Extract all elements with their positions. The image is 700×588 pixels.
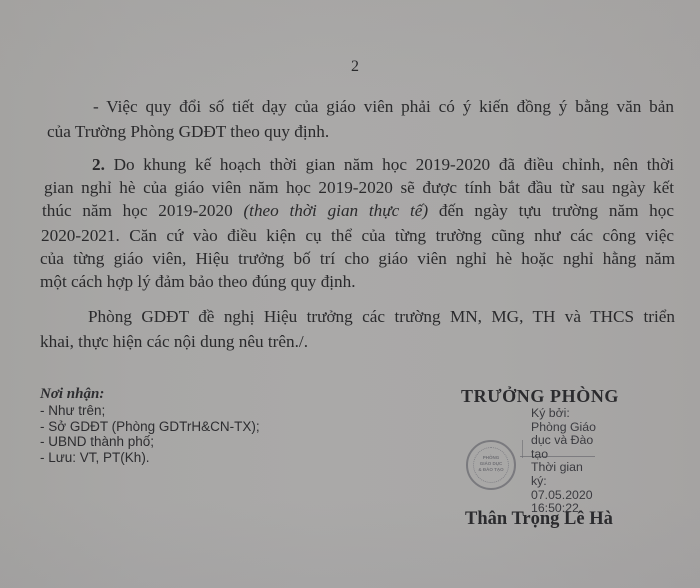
recipients-block: Nơi nhận: - Như trên; - Sở GDĐT (Phòng G… [40,385,260,465]
body-line: của từng giáo viên, Hiệu trưởng bố trí c… [40,249,675,269]
recipients-title: Nơi nhận: [40,385,260,403]
body-line: của Trường Phòng GDĐT theo quy định. [47,122,329,142]
body-line: thúc năm học 2019-2020 (theo thời gian t… [42,201,674,221]
digital-signature-line: dục và Đào [531,434,596,448]
digital-signature-info: Ký bởi: Phòng Giáo dục và Đào tạo Thời g… [531,407,596,516]
body-line: Phòng GDĐT đề nghị Hiệu trưởng các trườn… [88,307,675,327]
digital-signature-line: Thời gian [531,461,596,475]
recipient-item: - Sở GDĐT (Phòng GDTrH&CN-TX); [40,419,260,435]
digital-signature-line: tạo [531,448,596,462]
body-text: đến ngày tựu trường năm học [439,201,674,220]
recipient-item: - Như trên; [40,403,260,419]
body-text: thúc năm học 2019-2020 [42,201,233,220]
italic-note: (theo thời gian thực tế) [243,201,428,220]
digital-signature-line: Phòng Giáo [531,421,596,435]
section-2-first-line: 2. Do khung kế hoạch thời gian năm học 2… [92,155,674,175]
digital-signature-line: ký: [531,475,596,489]
official-stamp-icon: PHÒNG GIÁO DỤC & ĐÀO TẠO [466,440,516,490]
body-text: Do khung kế hoạch thời gian năm học 2019… [114,155,674,174]
body-line: 2020-2021. Căn cứ vào điều kiện cụ thể c… [41,226,674,246]
body-line: khai, thực hiện các nội dung nêu trên./. [40,332,308,352]
section-number: 2. [92,155,105,174]
digital-signature-line: Ký bởi: [531,407,596,421]
body-line: một cách hợp lý đảm bảo theo đúng quy đị… [40,272,356,292]
recipient-item: - Lưu: VT, PT(Kh). [40,450,260,466]
digital-signature-line: 07.05.2020 [531,489,596,503]
page-number: 2 [351,58,359,76]
stamp-text-line: & ĐÀO TẠO [468,467,514,473]
body-line: - Việc quy đổi số tiết dạy của giáo viên… [93,97,674,117]
stamp-text: PHÒNG GIÁO DỤC & ĐÀO TẠO [468,455,514,473]
body-line: gian nghỉ hè của giáo viên năm học 2019-… [44,178,674,198]
signer-name: Thân Trọng Lê Hà [465,509,613,530]
signer-title: TRƯỞNG PHÒNG [461,386,619,407]
recipient-item: - UBND thành phố; [40,434,260,450]
